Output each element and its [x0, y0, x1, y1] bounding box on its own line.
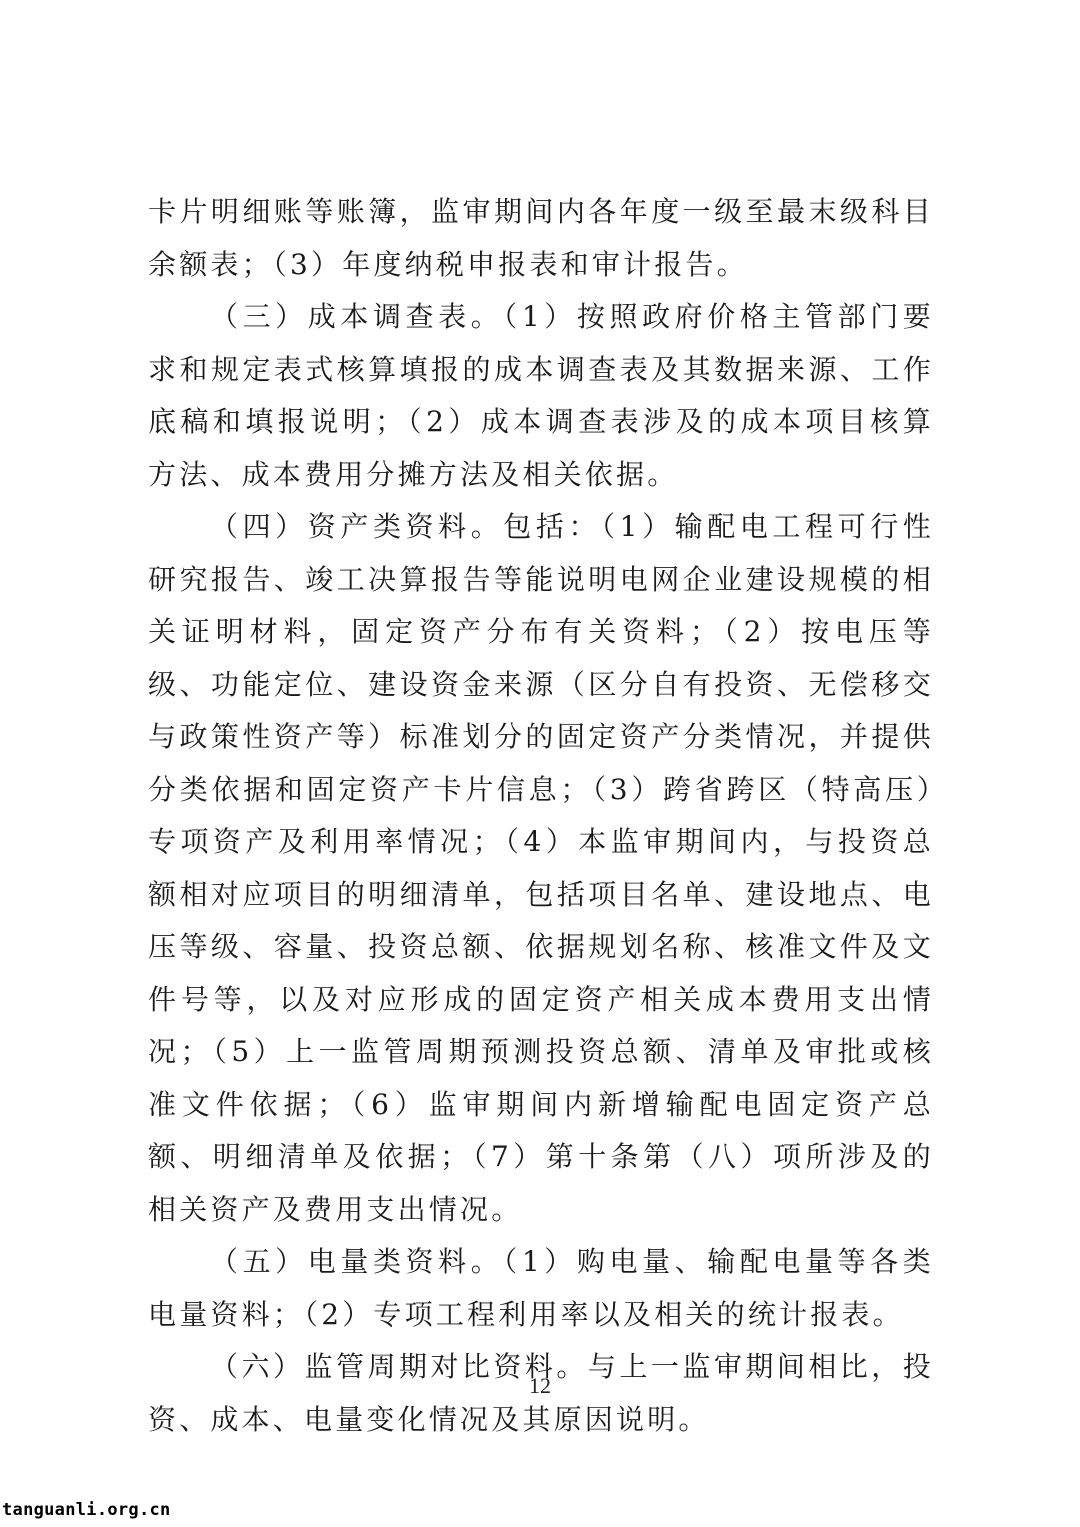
- watermark-site-url: tanguanli.org.cn: [2, 1500, 171, 1520]
- paragraph-section-4-asset-materials: （四）资产类资料。包括：（1）输配电工程可行性研究报告、竣工决算报告等能说明电网…: [148, 501, 934, 1236]
- paragraph-section-5-electricity-materials: （五）电量类资料。（1）购电量、输配电量等各类电量资料；（2）专项工程利用率以及…: [148, 1236, 934, 1341]
- paragraph-section-3-cost-survey: （三）成本调查表。（1）按照政府价格主管部门要求和规定表式核算填报的成本调查表及…: [148, 291, 934, 501]
- document-body: 卡片明细账等账簿，监审期间内各年度一级至最末级科目余额表；（3）年度纳税申报表和…: [148, 186, 934, 1446]
- page-number: 12: [0, 1373, 1080, 1399]
- paragraph-continuation: 卡片明细账等账簿，监审期间内各年度一级至最末级科目余额表；（3）年度纳税申报表和…: [148, 186, 934, 291]
